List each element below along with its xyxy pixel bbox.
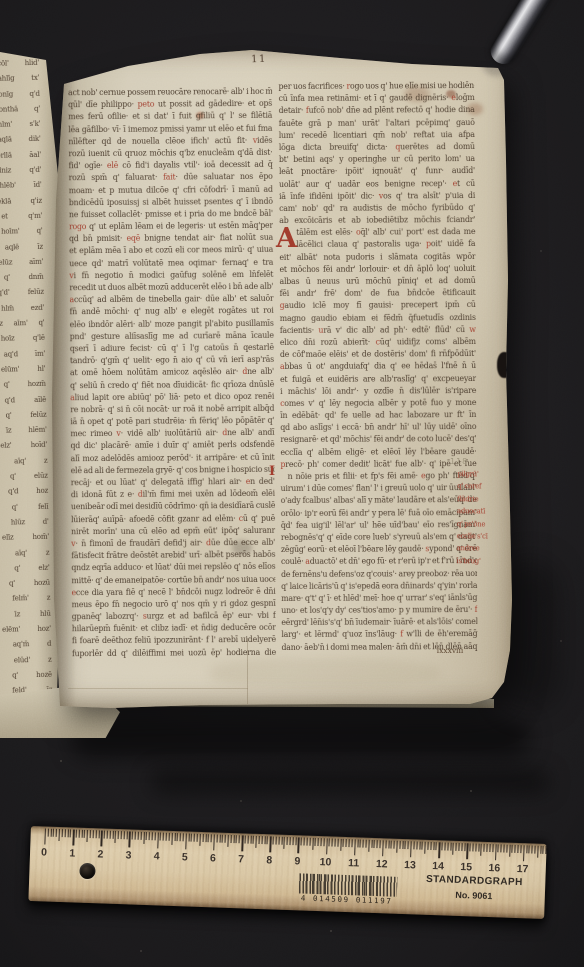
ruler-brand-label: STANDARDGRAPH (401, 873, 547, 889)
ruler-tick (470, 843, 471, 851)
red-margin-gloss: pilgrū'q' corefflādrieaduocatīq' ps'ōnee… (456, 468, 517, 568)
ruler-tick (230, 835, 231, 843)
ruler-tick (216, 834, 217, 842)
ruler-tick (73, 829, 75, 845)
ruler-tick (419, 842, 420, 850)
ruler-tick (526, 845, 527, 853)
manuscript-line: q' ps'ōne (457, 517, 517, 531)
ruler-tick (157, 832, 159, 848)
ruler-tick (213, 834, 215, 850)
ruler-number: 11 (348, 857, 360, 869)
manuscript-line: o'ady fcalbus' albas' alī y māte' laudār… (281, 494, 477, 508)
ruler-tick (78, 830, 79, 838)
ruler-tick (112, 831, 113, 839)
ruler-tick (76, 830, 77, 838)
ruler-tick (250, 836, 251, 844)
ruler-tick (410, 841, 412, 857)
red-margin-initial: I (269, 464, 275, 479)
ruler-tick (269, 836, 271, 852)
ruler-tick (152, 832, 153, 840)
ruler-tick (115, 831, 116, 843)
manuscript-line: aduocatī (457, 505, 517, 519)
ruler-tick (509, 845, 510, 857)
ruler-tick (413, 841, 414, 849)
ruler-tick (233, 835, 234, 843)
ruler-tick (140, 832, 141, 840)
ruler-tick (118, 831, 119, 839)
ruler-number: 6 (210, 852, 216, 864)
ruler-tick (466, 843, 468, 859)
ruler-tick (371, 840, 372, 848)
show-through (210, 658, 440, 688)
manuscript-line: detair· fufcō nob' dn̄e ad plēnt refectō… (279, 104, 475, 118)
ruler-tick (354, 839, 356, 855)
ruler-tick (197, 834, 198, 842)
ruler-tick (90, 830, 91, 838)
ruler-tick (464, 843, 465, 851)
ruler-tick (472, 843, 473, 851)
manuscript-line: gaudio iclē moy fī gauisi· precepert ipm… (280, 299, 476, 313)
ruler-tick (44, 828, 46, 844)
ruler-number: 10 (319, 856, 331, 868)
ruler-tick (346, 839, 347, 847)
ruler-tick (405, 841, 406, 849)
ruler-tick (534, 846, 535, 854)
ruler-tick (394, 841, 395, 849)
ruler-tick (374, 840, 375, 848)
ruler-tick (335, 839, 336, 847)
ruler-number: 15 (460, 861, 472, 873)
ruler-tick (95, 830, 96, 838)
ruler-tick (450, 843, 451, 851)
ruler-number: 13 (404, 859, 416, 871)
ruler-tick (492, 844, 493, 852)
ruler-tick (453, 843, 454, 855)
ruler-tick (312, 838, 313, 850)
ruler-tick (461, 843, 462, 851)
manuscript-line: resignarē· et qd' mōchis' fēi andr' de c… (280, 433, 476, 447)
ruler-tick (416, 841, 417, 849)
ruler-tick (357, 839, 358, 847)
ruler-tick (278, 837, 279, 845)
quire-signature: lxxxviii (390, 646, 510, 655)
manuscript-line: de fernēns'u defens'oz q'couis'· arey pr… (281, 567, 477, 581)
manuscript-line: leāt pnoctāre· ipōit' iqnouāt' q' funr· … (279, 165, 475, 179)
ruler-tick (199, 834, 200, 846)
red-dropcap-initial: A (276, 226, 297, 252)
ruler-tick (166, 833, 167, 841)
ruler-tick (309, 838, 310, 846)
ruler-tick (543, 846, 544, 854)
ruler-tick (343, 839, 344, 847)
ruler-tick (98, 830, 99, 838)
ruler-tick (149, 832, 150, 840)
ruler-tick (360, 839, 361, 847)
ruler-tick (101, 830, 103, 846)
ruler-tick (318, 838, 319, 846)
pencil-foliation: 118 (450, 457, 468, 466)
ruler-tick (191, 834, 192, 842)
ruler-tick (244, 835, 245, 843)
manuscript-line: andree (457, 542, 517, 556)
folio-number: 11 (244, 53, 274, 65)
ruler-tick (532, 845, 533, 853)
ruler-number: 5 (182, 851, 188, 863)
ruler-tick (456, 843, 457, 851)
manuscript-line: abbas ū ot' angduiafq' dia q' ee hēdas̄ … (280, 360, 476, 374)
ruler-tick (424, 842, 425, 854)
ruler-tick (326, 838, 328, 854)
ruler-tick (306, 838, 307, 846)
ruler-tick (208, 834, 209, 842)
ruler-tick (185, 833, 187, 849)
ruler-tick (253, 836, 254, 844)
ruler-tick (222, 835, 223, 843)
ruler-tick (396, 841, 397, 853)
ruler-tick (427, 842, 428, 850)
ruler-number: 3 (125, 849, 131, 861)
ruler-tick (349, 839, 350, 847)
ruler-tick (264, 836, 265, 844)
ruler-number: 9 (294, 855, 300, 867)
ruler-tick (304, 838, 305, 846)
ruler-tick (132, 832, 133, 840)
ruler-tick (441, 842, 442, 850)
ruler-tick (332, 839, 333, 847)
ruler-tick (320, 838, 321, 846)
ruler-tick (160, 833, 161, 841)
ruler-tick (284, 837, 285, 849)
ruler-tick (402, 841, 403, 849)
ruler-tick (537, 846, 538, 858)
manuscript-line: uolāt' aur q' uadār eos benigne recep'· … (279, 177, 475, 191)
ruler-tick (489, 844, 490, 852)
ruler-tick (123, 831, 124, 839)
ruler-tick (292, 837, 293, 845)
ruler-number: 14 (432, 860, 444, 872)
ruler-tick (121, 831, 122, 839)
ruler-tick (219, 835, 220, 843)
ruler-tick (177, 833, 178, 841)
ruler-number: 7 (238, 853, 244, 865)
ruler-tick (70, 829, 71, 837)
ruler-tick (239, 835, 240, 843)
manuscript-line: et fuigā et euidēris are alb'raslīg' q' … (280, 372, 476, 386)
ruler-tick (64, 829, 65, 837)
ruler-tick (408, 841, 409, 849)
ruler-tick (399, 841, 400, 849)
ruler-tick (506, 845, 507, 853)
ruler-tick (475, 844, 476, 852)
manuscript-line: īs'brug' (456, 554, 516, 568)
ruler-tick (273, 836, 274, 844)
ruler-tick (495, 844, 497, 860)
ruler-tick (365, 840, 366, 848)
ruler-tick (486, 844, 487, 852)
ruler-number: 12 (376, 858, 388, 870)
ruler-number: 4 (154, 850, 160, 862)
ruler-tick (241, 835, 243, 851)
ruler-tick (315, 838, 316, 846)
ruler-tick (501, 844, 502, 852)
ruler-tick (481, 844, 482, 856)
ruler-tick (540, 846, 541, 854)
ruler-tick (56, 829, 57, 837)
ruler-tick (104, 831, 105, 839)
ruler-tick (146, 832, 147, 840)
ruler-tick (323, 838, 324, 846)
ruler-number: 2 (97, 848, 103, 860)
manuscript-page-wrap: 11 act nob' cernue possem reuocāre renoc… (0, 0, 584, 967)
ruler-tick (205, 834, 206, 842)
ruler-tick (261, 836, 262, 844)
ruler-tick (267, 836, 268, 844)
ruler-tick (529, 845, 530, 853)
ruler-tick (256, 836, 257, 848)
ruler-tick (388, 840, 389, 848)
ruler-number: 0 (41, 846, 47, 858)
ruler-tick (135, 832, 136, 840)
ruler-tick (129, 831, 131, 847)
ruler-tick (298, 837, 300, 853)
ruler-tick (458, 843, 459, 851)
ruler-tick (143, 832, 144, 844)
ruler-tick (422, 842, 423, 850)
ruler-tick (337, 839, 338, 847)
ruler-tick (368, 840, 369, 852)
ruler-tick (202, 834, 203, 842)
ruler-tick (363, 840, 364, 848)
ruler-tick (171, 833, 172, 845)
ruler-tick (168, 833, 169, 841)
text-column-2: per uos facrifices· rogo uos q' hue elīe… (279, 79, 478, 653)
ruler-tick (194, 834, 195, 842)
ruler-tick (211, 834, 212, 842)
ruler-tick (444, 842, 445, 850)
manuscript-line: fuporlēr dd q' dilēiffimi mei uozū ēp' h… (72, 646, 276, 660)
ruler-tick (225, 835, 226, 843)
parchment-seam (68, 688, 248, 689)
ruler-tick (138, 832, 139, 840)
ruler-tick (247, 836, 248, 844)
ruler-number: 16 (488, 862, 500, 874)
ruler-tick (180, 833, 181, 841)
manuscript-line: lācēlici claua q' pastoralis uga· poit' … (279, 238, 475, 252)
ruler-tick (84, 830, 85, 838)
ruler-tick (154, 832, 155, 840)
gutter-crease (50, 70, 52, 688)
ruler-tick (498, 844, 499, 852)
ruler-tick (484, 844, 485, 852)
ruler-tick (259, 836, 260, 844)
ruler-model-label: No. 9061 (401, 888, 547, 903)
ruler-tick (183, 833, 184, 841)
ruler-tick (301, 837, 302, 845)
ruler-tick (447, 843, 448, 851)
text-column-1: act nob' cernue possem reuocāre renocarē… (68, 85, 276, 659)
manuscript-right-page: 11 act nob' cernue possem reuocāre renoc… (40, 40, 518, 712)
ruler-tick (517, 845, 518, 853)
ruler-tick (107, 831, 108, 839)
ruler-tick (391, 841, 392, 849)
ruler-tick (385, 840, 386, 848)
edge-hole (497, 352, 512, 378)
ruler-tick (53, 829, 54, 837)
ruler-tick (515, 845, 516, 853)
ruler-tick (295, 837, 296, 845)
ruler-tick (236, 835, 237, 843)
ruler-tick (47, 829, 48, 837)
ruler-tick (430, 842, 431, 850)
manuscript-line: coulē· aduactō' et dn̄' ego fū· et r'erū… (281, 555, 477, 569)
ruler-tick (109, 831, 110, 839)
ruler-tick (382, 840, 384, 856)
ruler-tick (478, 844, 479, 852)
ruler-tick (59, 829, 60, 841)
ruler-tick (289, 837, 290, 845)
manuscript-photograph: heq' cōl' hlid'ans' ahlīg tx'eī uoonīg q… (0, 0, 584, 967)
manuscript-line: larg'· et lērmd' q'uoz īns'lāug· f w'lli… (281, 628, 477, 642)
ruler-tick (67, 829, 68, 837)
ruler-tick (523, 845, 525, 861)
ruler-tick (62, 829, 63, 837)
ruler-tick (188, 833, 189, 841)
ruler-tick (81, 830, 82, 838)
ruler-tick (92, 830, 93, 838)
ruler-tick (512, 845, 513, 853)
ruler-number: 1 (69, 847, 75, 859)
ruler-tick (329, 838, 330, 846)
ruler-number: 17 (516, 863, 528, 875)
manuscript-line: q' coref (457, 480, 517, 494)
ruler-number: 8 (266, 854, 272, 866)
ruler-tick (520, 845, 521, 853)
parchment-seam (247, 638, 248, 704)
ruler-tick (281, 837, 282, 845)
ruler-tick (438, 842, 440, 858)
ruler-tick (377, 840, 378, 848)
ruler-tick (227, 835, 228, 847)
ruler-tick (436, 842, 437, 850)
ruler-tick (340, 839, 341, 851)
ruler-tick (503, 845, 504, 853)
ruler-tick (380, 840, 381, 848)
ruler-tick (50, 829, 51, 837)
ruler-hanging-hole (79, 863, 96, 880)
ruler-tick (287, 837, 288, 845)
ruler-tick (174, 833, 175, 841)
ruler-tick (351, 839, 352, 847)
ruler-tick (163, 833, 164, 841)
ruler-tick (275, 837, 276, 845)
ruler-tick (126, 831, 127, 839)
ruler-tick (87, 830, 88, 842)
ruler-tick (433, 842, 434, 850)
